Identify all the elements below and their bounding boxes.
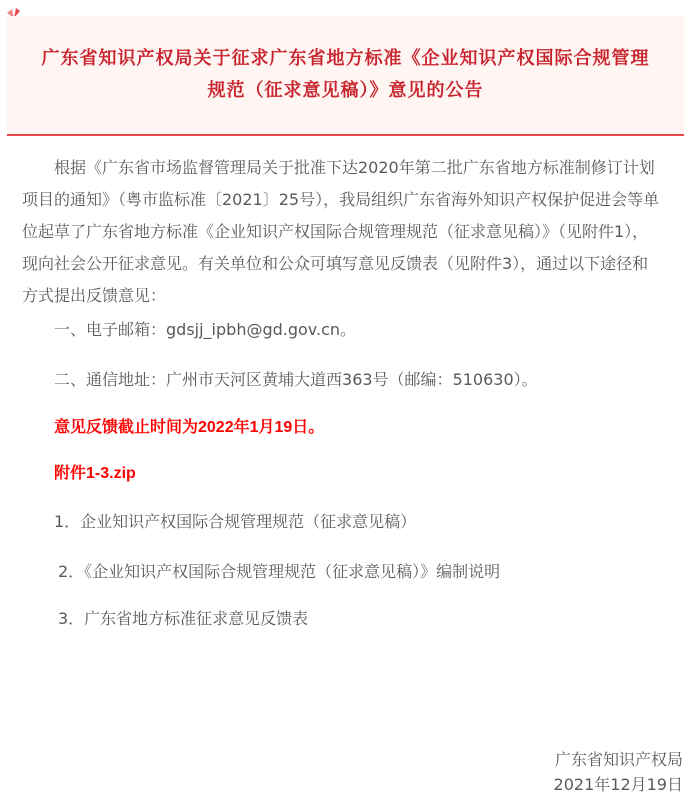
attachment-item-3[interactable]: 3．广东省地方标准征求意见反馈表 [58, 607, 308, 631]
intro-paragraph: 根据《广东省市场监督管理局关于批准下达2020年第二批广东省地方标准制修订计划项… [22, 152, 662, 312]
address-label: 二、通信地址： [54, 370, 166, 389]
page-title: 广东省知识产权局关于征求广东省地方标准《企业知识产权国际合规管理规范（征求意见稿… [36, 43, 656, 107]
issue-date: 2021年12月19日 [554, 773, 683, 797]
mail-channel: 二、通信地址：广州市天河区黄埔大道西363号（邮编：510630）。 [54, 368, 538, 392]
attachment-item-1[interactable]: 1．企业知识产权国际合规管理规范（征求意见稿） [54, 510, 416, 534]
attachment-item-2[interactable]: 2．《企业知识产权国际合规管理规范（征求意见稿）》编制说明 [58, 560, 500, 584]
deadline-notice: 意见反馈截止时间为2022年1月19日。 [54, 416, 324, 440]
email-label: 一、电子邮箱： [54, 320, 166, 339]
attachment-zip-link[interactable]: 附件1-3.zip [54, 462, 136, 486]
title-banner: 广东省知识产权局关于征求广东省地方标准《企业知识产权国际合规管理规范（征求意见稿… [7, 16, 684, 136]
email-channel: 一、电子邮箱：gdsjj_ipbh@gd.gov.cn。 [54, 318, 356, 342]
issuer-name: 广东省知识产权局 [555, 748, 683, 772]
email-address: gdsjj_ipbh@gd.gov.cn。 [166, 320, 356, 339]
postal-address: 广州市天河区黄埔大道西363号（邮编：510630）。 [166, 370, 538, 389]
